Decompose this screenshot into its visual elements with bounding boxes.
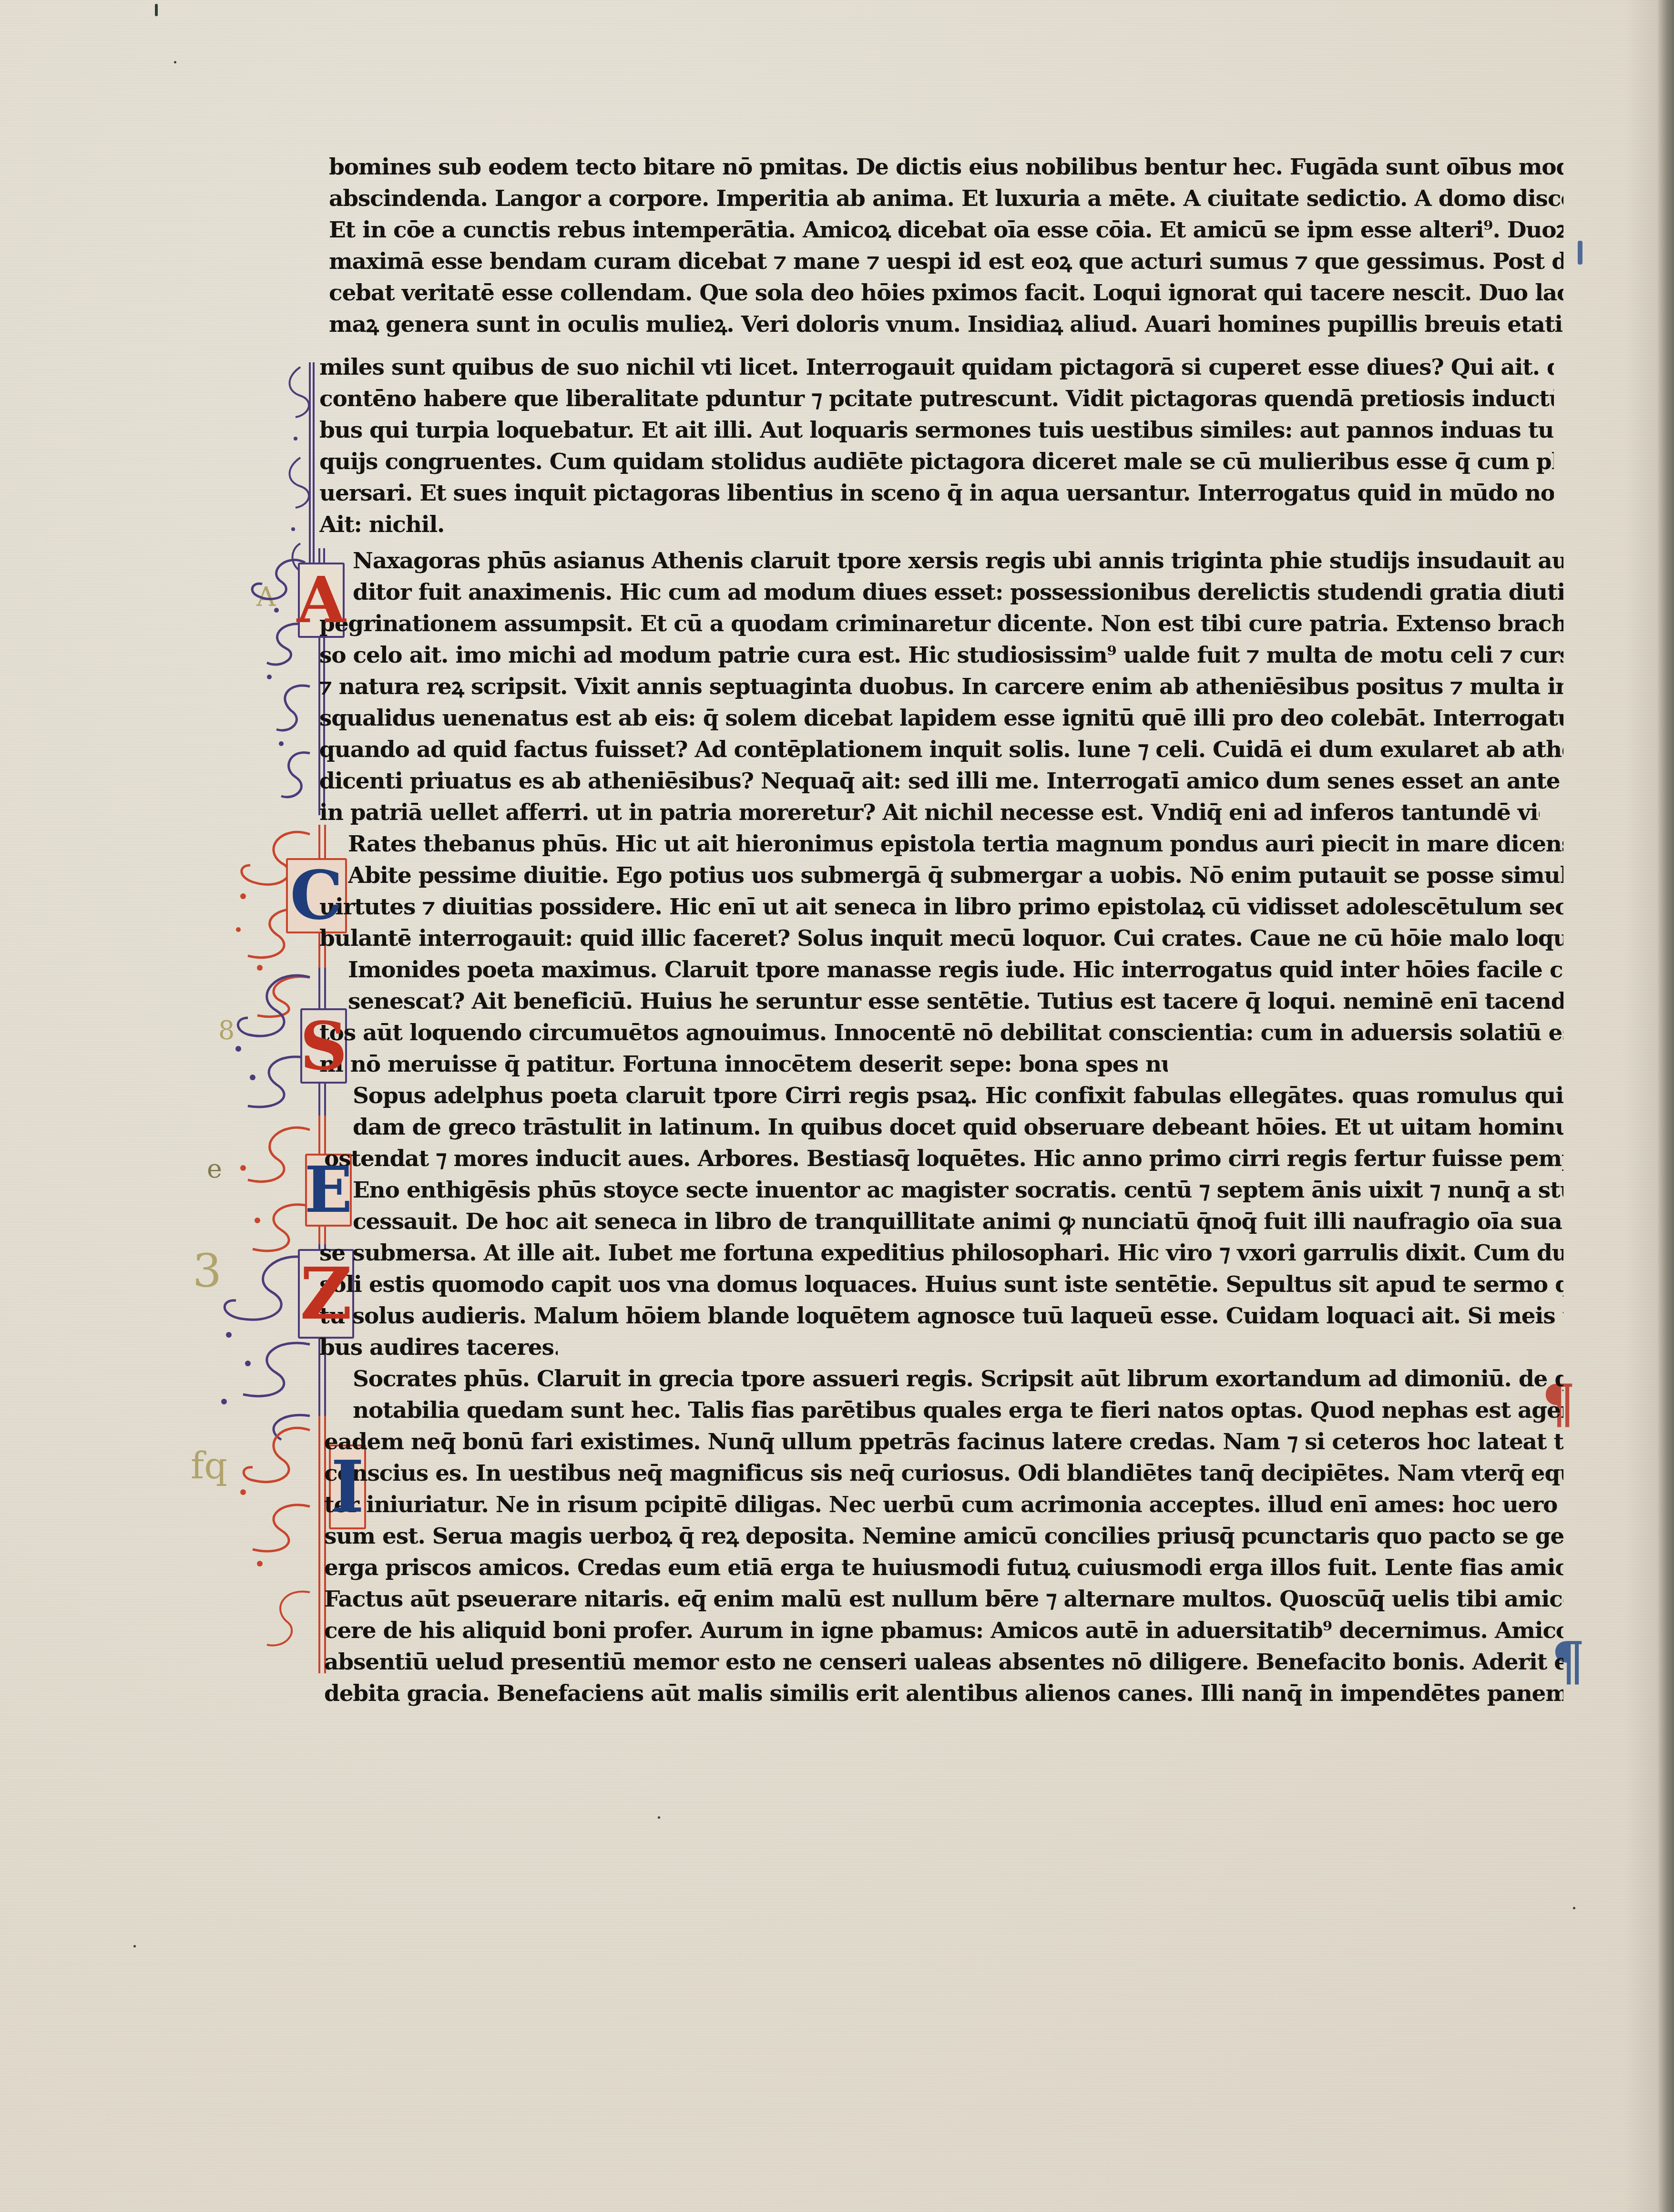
margin-note-fq: fq [191,1444,227,1487]
text-line: Naxagoras phūs asianus Athenis claruit t… [353,545,1563,577]
text-line: bus qui turpia loquebatur. Et ait illi. … [319,415,1554,446]
paper-speck [174,61,176,63]
text-line: in patriā uellet afferri. ut in patria m… [319,797,1540,829]
text-line: ostendat ⁊ mores inducit aues. Arbores. … [324,1143,1563,1175]
text-line: contēno habere que liberalitate pduntur … [319,383,1554,415]
text-line: ditor fuit anaximenis. Hic cum ad modum … [353,577,1563,608]
text-line: Factus aūt pseuerare nitaris. eq̄ enim m… [324,1584,1563,1615]
text-line: soli estis quomodo capit uos vna domus l… [319,1269,1563,1301]
text-line: so celo ait. imo michi ad modum patrie c… [319,640,1563,671]
text-line: ⁊ natura reꝝ scripsit. Vixit annis septu… [319,671,1563,703]
text-line [324,1710,1563,1741]
margin-note-3: 3 [193,1244,222,1298]
text-line: cebat veritatē esse collendam. Que sola … [329,277,1563,309]
initial-a-anaxagoras: A [298,563,345,638]
text-line: quijs congruentes. Cum quidam stolidus a… [319,446,1554,478]
text-line: pegrinationem assumpsit. Et cū a quodam … [319,608,1563,640]
initial-c-crates: C [286,858,347,933]
text-line: cessauit. De hoc ait seneca in libro de … [353,1206,1563,1238]
text-line: se submersa. At ille ait. Iubet me fortu… [319,1238,1563,1269]
text-line: ni nō meruisse q̄ patitur. Fortuna innoc… [319,1049,1168,1080]
text-line: bus audires taceres. [319,1332,558,1363]
initial-i-isocrates: I [329,1444,366,1529]
text-line: conscius es. In uestibus neq̄ magnificus… [324,1458,1563,1489]
text-line: Ait: nichil. [319,509,510,541]
text-line: abscindenda. Langor a corpore. Imperitia… [329,183,1563,215]
penwork-red-isocrates [214,1411,338,1678]
text-line: maꝝ genera sunt in oculis mulieꝝ. Veri d… [329,309,1563,340]
text-line: Imonides poeta maximus. Claruit tpore ma… [348,954,1563,986]
page-gutter-edge [1658,0,1674,2212]
text-line: cere de his aliquid boni profer. Aurum i… [324,1615,1563,1647]
text-line: uirtutes ⁊ diuitias possidere. Hic enī u… [319,891,1563,923]
text-line: tu solus audieris. Malum hōiem blande lo… [319,1301,1563,1332]
paper-speck [1573,1907,1575,1909]
text-line: sum est. Serua magis uerboꝝ q̄ reꝝ depos… [324,1521,1563,1552]
text-line: miles sunt quibus de suo nichil vti lice… [319,352,1554,383]
margin-note-a: A [256,582,276,613]
margin-note-8: 8 [218,1015,235,1045]
text-line: senescat? Ait beneficiū. Huius he serunt… [348,986,1563,1017]
initial-z-zeno: Z [298,1249,354,1339]
initial-s-simonides: S [300,1008,347,1084]
text-line: Abite pessime diuitie. Ego potius uos su… [348,860,1563,891]
text-line: absentiū uelud presentiū memor esto ne c… [324,1647,1563,1678]
text-line: debita gracia. Benefaciens aūt malis sim… [324,1678,1563,1710]
text-line: Et in cōe a cunctis rebus intemperātia. … [329,215,1563,246]
text-line: dam de greco trāstulit in latinum. In qu… [353,1112,1563,1143]
text-line: erga priscos amicos. Credas eum etiā erg… [324,1552,1563,1584]
paper-speck [155,4,158,16]
text-line: Eno enthigēsis phūs stoyce secte inuento… [353,1175,1563,1206]
initial-e-esopus: E [305,1154,352,1227]
paper-speck [658,1816,660,1819]
text-line: Socrates phūs. Claruit in grecia tpore a… [353,1363,1563,1395]
text-line: eadem neq̄ bonū fari existimes. Nunq̄ ul… [324,1426,1563,1458]
text-line: bulantē interrogauit: quid illic faceret… [319,923,1563,954]
gutter-shadow [1624,0,1658,2212]
text-line: Rates thebanus phūs. Hic ut ait hieronim… [348,829,1563,860]
text-line: bomines sub eodem tecto bitare nō pmitas… [329,152,1563,183]
text-line: tos aūt loquendo circumuētos agnouimus. … [319,1017,1563,1049]
text-line: ter iniuriatur. Ne in risum pcipitē dili… [324,1489,1563,1521]
paragraph-mark-blue-top [1578,241,1582,265]
text-line: notabilia quedam sunt hec. Talis fias pa… [353,1395,1563,1426]
text-line: dicenti priuatus es ab atheniēsibus? Neq… [319,766,1563,797]
text-line: maximā esse bendam curam dicebat ⁊ mane … [329,246,1563,277]
text-line: uersari. Et sues inquit pictagoras liben… [319,478,1554,509]
text-line: squalidus uenenatus est ab eis: q̄ solem… [319,703,1563,734]
margin-note-e: e [207,1154,222,1184]
text-line: Sopus adelphus poeta claruit tpore Cirri… [353,1080,1563,1112]
text-line: quando ad quid factus fuisset? Ad contēp… [319,734,1563,766]
paper-speck [133,1945,136,1947]
